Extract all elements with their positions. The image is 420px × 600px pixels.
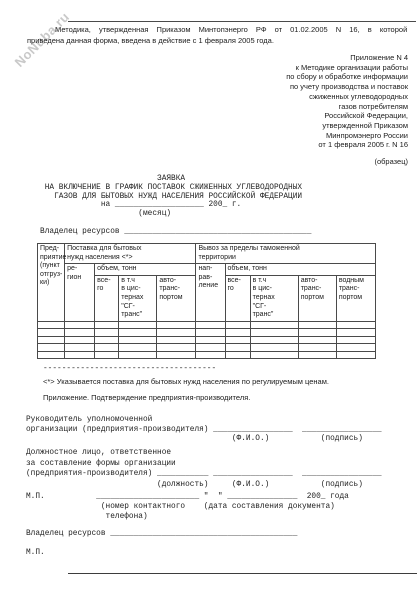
empty-cell	[225, 329, 250, 337]
supply-table: Пред- приятие (пункт отгруз- ки) Поставк…	[37, 243, 376, 359]
th-total-export: все- го	[225, 275, 250, 321]
table-row	[38, 336, 376, 344]
footnote: <*> Указывается поставка для бытовых нуж…	[43, 377, 329, 386]
empty-cell	[157, 344, 196, 352]
table-header-row-groups: Пред- приятие (пункт отгруз- ки) Поставк…	[38, 244, 376, 264]
empty-cell	[250, 344, 298, 352]
empty-cell	[250, 329, 298, 337]
empty-cell	[95, 351, 119, 359]
empty-cell	[157, 329, 196, 337]
empty-cell	[225, 321, 250, 329]
empty-cell	[65, 336, 95, 344]
table-header-row-volume: ре- гион объем, тонн нап- рав- ление объ…	[38, 264, 376, 276]
empty-cell	[196, 329, 225, 337]
empty-cell	[65, 321, 95, 329]
empty-cell	[95, 336, 119, 344]
empty-cell	[336, 344, 375, 352]
th-volume-export: объем, тонн	[225, 264, 375, 276]
appendix-note: Приложение N 4 к Методике организации ра…	[286, 53, 408, 150]
table-row	[38, 329, 376, 337]
empty-cell	[225, 344, 250, 352]
empty-cell	[38, 336, 65, 344]
enclosure-note: Приложение. Подтверждение предприятия-пр…	[43, 393, 250, 402]
owner-line: Владелец ресурсов ______________________…	[26, 530, 297, 540]
empty-cell	[298, 336, 336, 344]
empty-cell	[95, 329, 119, 337]
empty-cell	[119, 321, 157, 329]
empty-cell	[65, 329, 95, 337]
empty-cell	[196, 336, 225, 344]
th-volume-supply: объем, тонн	[95, 264, 196, 276]
top-note-line1: Методика, утвержденная Приказом Минтопэн…	[27, 24, 417, 35]
th-enterprise: Пред- приятие (пункт отгруз- ки)	[38, 244, 65, 322]
empty-cell	[298, 321, 336, 329]
table-row	[38, 321, 376, 329]
empty-cell	[336, 336, 375, 344]
empty-cell	[225, 351, 250, 359]
th-supply-group: Поставка для бытовых нужд населения <*>	[65, 244, 196, 264]
empty-cell	[65, 351, 95, 359]
empty-cell	[298, 351, 336, 359]
th-total-supply: все- го	[95, 275, 119, 321]
stamp-date-block: М.П. ______________________ " " ________…	[26, 492, 349, 522]
th-export-group: Вывоз за пределы таможенной территории	[196, 244, 376, 264]
bottom-rule	[68, 573, 417, 574]
empty-cell	[157, 321, 196, 329]
empty-cell	[38, 344, 65, 352]
empty-cell	[119, 336, 157, 344]
empty-cell	[196, 321, 225, 329]
document-page: NoNuba.ru Методика, утвержденная Приказо…	[0, 0, 420, 600]
empty-cell	[196, 344, 225, 352]
top-rule	[68, 21, 416, 22]
empty-cell	[298, 344, 336, 352]
empty-cell	[119, 344, 157, 352]
table-row	[38, 351, 376, 359]
empty-cell	[250, 336, 298, 344]
empty-cell	[250, 351, 298, 359]
form-title: ЗАЯВКА НА ВКЛЮЧЕНИЕ В ГРАФИК ПОСТАВОК СЖ…	[26, 175, 311, 237]
empty-cell	[119, 329, 157, 337]
th-water-export: водным транс- портом	[336, 275, 375, 321]
top-note-line2: приведена данная форма, введена в действ…	[27, 35, 417, 46]
empty-cell	[119, 351, 157, 359]
empty-cell	[336, 351, 375, 359]
signature-head-block: Руководитель уполномоченной организации …	[26, 416, 382, 445]
empty-cell	[250, 321, 298, 329]
th-sgtrans-export: в т.ч в цис- тернах "СГ- транс"	[250, 275, 298, 321]
empty-cell	[336, 329, 375, 337]
stamp-label: М.П.	[26, 549, 45, 559]
empty-cell	[95, 344, 119, 352]
footnote-separator: -------------------------------------	[43, 365, 216, 375]
th-auto-export: авто- транс- портом	[298, 275, 336, 321]
th-region: ре- гион	[65, 264, 95, 322]
signature-official-block: Должностное лицо, ответственное за соста…	[26, 448, 382, 490]
th-direction: нап- рав- ление	[196, 264, 225, 322]
th-sgtrans-supply: в т.ч в цис- тернах "СГ- транс"	[119, 275, 157, 321]
empty-cell	[38, 329, 65, 337]
empty-cell	[157, 336, 196, 344]
empty-cell	[65, 344, 95, 352]
empty-cell	[38, 351, 65, 359]
empty-cell	[38, 321, 65, 329]
empty-cell	[225, 336, 250, 344]
empty-cell	[336, 321, 375, 329]
empty-cell	[298, 329, 336, 337]
empty-cell	[95, 321, 119, 329]
table-row	[38, 344, 376, 352]
top-note: Методика, утвержденная Приказом Минтопэн…	[27, 24, 417, 46]
th-auto-supply: авто- транс- портом	[157, 275, 196, 321]
sample-label: (образец)	[374, 157, 408, 166]
empty-cell	[196, 351, 225, 359]
empty-cell	[157, 351, 196, 359]
